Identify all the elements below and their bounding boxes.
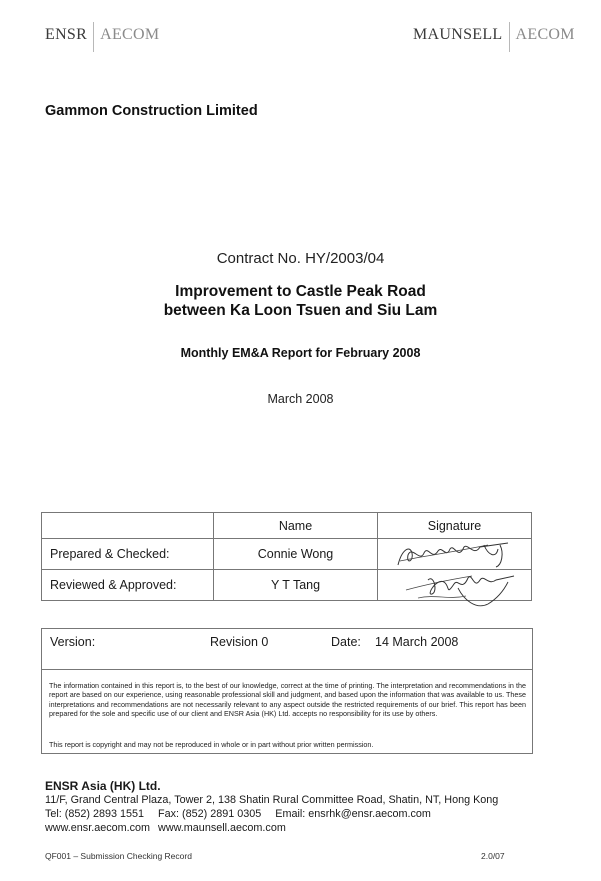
project-title-line-2: between Ka Loon Tsuen and Siu Lam [0,301,601,320]
client-name: Gammon Construction Limited [45,103,258,119]
ensr-aecom-logo: ENSR AECOM [45,20,159,50]
contact-line: Tel: (852) 2893 1551Fax: (852) 2891 0305… [45,807,498,821]
table-row: Prepared & Checked: Connie Wong [42,539,532,570]
logo-divider [509,22,510,52]
website-link-ensr[interactable]: www.ensr.aecom.com [45,822,150,834]
logo-maunsell-text: MAUNSELL [413,26,503,44]
company-fax: Fax: (852) 2891 0305 [158,808,261,820]
logo-aecom-text: AECOM [516,26,575,44]
role-cell: Prepared & Checked: [42,539,214,570]
report-date: March 2008 [0,392,601,406]
version-row: Version: Revision 0 Date: 14 March 2008 [42,629,532,670]
header-cell-signature: Signature [378,513,532,539]
version-value: Revision 0 [210,635,268,649]
form-version: 2.0/07 [481,851,505,861]
table-row: Reviewed & Approved: Y T Tang [42,570,532,601]
project-title: Improvement to Castle Peak Road between … [0,282,601,320]
signature-icon [388,570,528,610]
version-label: Version: [50,635,95,649]
signoff-table: Name Signature Prepared & Checked: Conni… [41,512,532,601]
logo-ensr-text: ENSR [45,26,87,44]
company-email[interactable]: Email: ensrhk@ensr.aecom.com [275,808,431,820]
name-cell: Y T Tang [214,570,378,601]
header-cell-blank [42,513,214,539]
website-line: www.ensr.aecom.comwww.maunsell.aecom.com [45,821,498,835]
report-title: Monthly EM&A Report for February 2008 [0,346,601,360]
signature-cell [378,570,532,601]
project-title-line-1: Improvement to Castle Peak Road [0,282,601,301]
name-cell: Connie Wong [214,539,378,570]
company-address-block: ENSR Asia (HK) Ltd. 11/F, Grand Central … [45,779,498,835]
signature-cell [378,539,532,570]
disclaimer-text: The information contained in this report… [49,681,526,718]
date-value: 14 March 2008 [375,635,458,649]
form-identifier: QF001 – Submission Checking Record [45,851,192,861]
logo-divider [93,22,94,52]
header-cell-name: Name [214,513,378,539]
signature-icon [388,539,528,571]
company-name: ENSR Asia (HK) Ltd. [45,779,498,793]
copyright-notice: This report is copyright and may not be … [49,740,373,749]
table-header-row: Name Signature [42,513,532,539]
role-cell: Reviewed & Approved: [42,570,214,601]
contract-number: Contract No. HY/2003/04 [0,250,601,267]
date-label: Date: [331,635,361,649]
company-address: 11/F, Grand Central Plaza, Tower 2, 138 … [45,793,498,807]
logo-aecom-text: AECOM [100,26,159,44]
website-link-maunsell[interactable]: www.maunsell.aecom.com [158,822,286,834]
maunsell-aecom-logo: MAUNSELL AECOM [413,20,575,50]
version-box: Version: Revision 0 Date: 14 March 2008 … [41,628,533,754]
company-tel: Tel: (852) 2893 1551 [45,808,144,820]
